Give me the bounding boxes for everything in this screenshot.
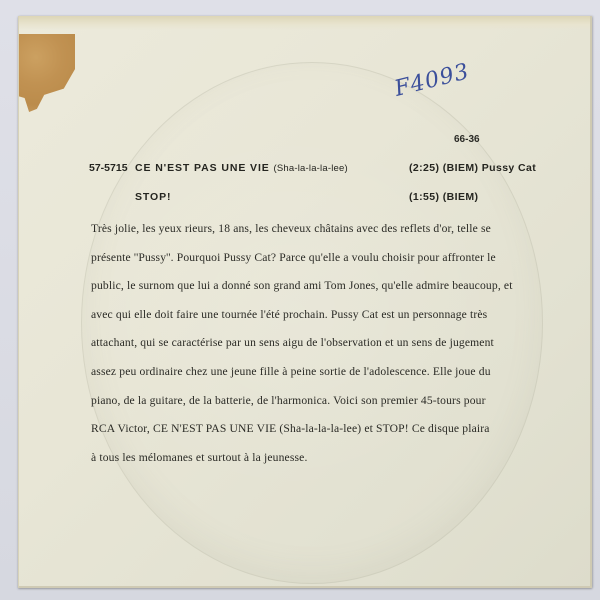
track-duration: (2:25) xyxy=(409,162,439,174)
description-line: RCA Victor, CE N'EST PAS UNE VIE (Sha-la… xyxy=(91,419,561,448)
track-title-main: CE N'EST PAS UNE VIE xyxy=(135,162,270,174)
description-line: public, le surnom que lui a donné son gr… xyxy=(91,276,561,305)
track-rights: (BIEM) xyxy=(443,162,479,174)
track-artist: Pussy Cat xyxy=(482,162,536,174)
description-line: à tous les mélomanes et surtout à la jeu… xyxy=(91,448,561,477)
description-line: piano, de la guitare, de la batterie, de… xyxy=(91,391,561,420)
record-sleeve: F4093 66-36 57-5715 CE N'EST PAS UNE VIE… xyxy=(18,16,592,588)
description-line: attachant, qui se caractérise par un sen… xyxy=(91,333,561,362)
track-listing-row: 57-5715 CE N'EST PAS UNE VIE (Sha-la-la-… xyxy=(89,162,589,176)
description-line: présente ''Pussy''. Pourquoi Pussy Cat? … xyxy=(91,248,561,277)
tape-residue-stain xyxy=(19,34,75,112)
photo-scene: F4093 66-36 57-5715 CE N'EST PAS UNE VIE… xyxy=(0,0,600,600)
track-title: STOP! xyxy=(135,191,171,203)
track-title-main: STOP! xyxy=(135,191,171,203)
track-duration-rights: (1:55) (BIEM) xyxy=(409,191,478,203)
track-title-subtitle: (Sha-la-la-la-lee) xyxy=(274,163,348,174)
track-rights: (BIEM) xyxy=(443,191,479,203)
description-line: Très jolie, les yeux rieurs, 18 ans, les… xyxy=(91,219,561,248)
artist-description: Très jolie, les yeux rieurs, 18 ans, les… xyxy=(91,219,561,476)
sleeve-top-fold xyxy=(19,16,590,30)
track-duration: (1:55) xyxy=(409,191,439,203)
description-line: assez peu ordinaire chez une jeune fille… xyxy=(91,362,561,391)
catalog-number: 66-36 xyxy=(454,134,480,145)
track-duration-rights: (2:25) (BIEM) Pussy Cat xyxy=(409,162,536,174)
description-line: avec qui elle doit faire une tournée l'é… xyxy=(91,305,561,334)
track-record-number: 57-5715 xyxy=(89,162,128,174)
handwritten-inventory-note: F4093 xyxy=(392,59,472,102)
track-title: CE N'EST PAS UNE VIE (Sha-la-la-la-lee) xyxy=(135,162,348,174)
track-listing-row: STOP! (1:55) (BIEM) xyxy=(89,191,589,205)
